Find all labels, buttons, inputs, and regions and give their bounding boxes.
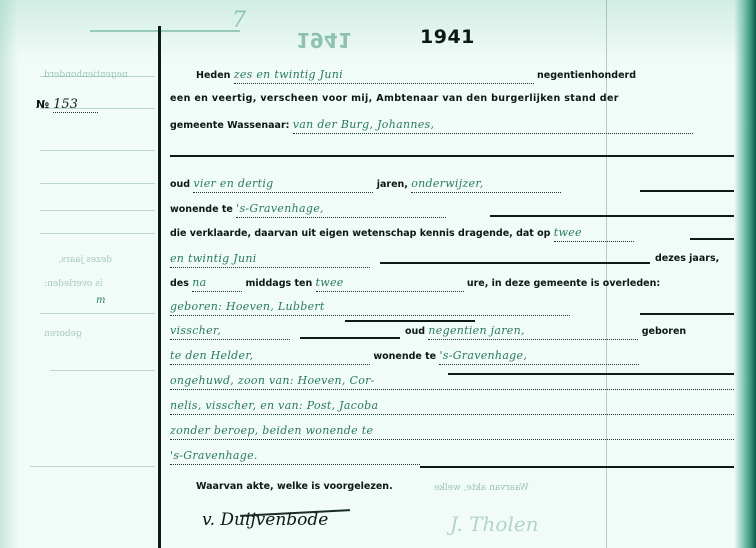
fill-rule	[380, 262, 650, 264]
number-value: 153	[53, 97, 98, 113]
handwritten-text: ongehuwd, zoon van: Hoeven, Cor-	[170, 373, 734, 390]
printed-text: des	[170, 278, 189, 289]
printed-text: geboren	[642, 326, 686, 337]
printed-text: wonende te	[170, 204, 233, 215]
text-line: ongehuwd, zoon van: Hoeven, Cor-	[170, 373, 734, 389]
handwritten-text: geboren: Hoeven, Lubbert	[170, 299, 570, 316]
ghost-line	[50, 370, 155, 371]
printed-text: negentienhonderd	[537, 70, 636, 81]
text-line: nelis, visscher, en van: Post, Jacoba	[170, 398, 734, 414]
printed-text: jaren,	[377, 179, 408, 190]
printed-text: middags ten	[246, 278, 313, 289]
text-line: dezes jaars,	[655, 251, 719, 267]
fill-rule	[420, 466, 734, 468]
printed-text: Heden	[196, 70, 230, 81]
text-line: die verklaarde, daarvan uit eigen wetens…	[170, 225, 634, 241]
fill-rule	[490, 215, 734, 217]
text-line: 's-Gravenhage.	[170, 448, 420, 464]
handwritten-text: 's-Gravenhage.	[170, 448, 420, 465]
ghost-line	[40, 150, 155, 151]
handwritten-text: zonder beroep, beiden wonende te	[170, 423, 734, 440]
number-prefix: №	[36, 98, 49, 111]
handwritten-text: te den Helder,	[170, 348, 370, 365]
text-line: zonder beroep, beiden wonende te	[170, 423, 734, 439]
official-signature: v. Duijvenbode	[202, 510, 328, 530]
text-line: een en veertig, verscheen voor mij, Ambt…	[170, 91, 619, 107]
margin-rule	[158, 26, 161, 548]
printed-text: een en veertig, verscheen voor mij, Ambt…	[170, 93, 619, 104]
printed-text: gemeente Wassenaar:	[170, 120, 289, 131]
handwritten-text: 's-Gravenhage,	[236, 201, 446, 218]
printed-text: oud	[170, 179, 190, 190]
ghost-line	[40, 313, 155, 314]
handwritten-text: en twintig Juni	[170, 251, 370, 268]
ghost-line	[40, 233, 155, 234]
text-line: des na middags ten twee ure, in deze gem…	[170, 275, 660, 291]
ghost-text: is overleden:	[44, 279, 103, 289]
handwritten-text: twee	[316, 275, 464, 292]
closing-text: Waarvan akte, welke is voorgelezen.	[196, 481, 393, 492]
certificate-page: 7 1941 negentienhonderd dezes jaars, is …	[0, 0, 756, 548]
handwritten-text: van der Burg, Johannes,	[293, 117, 693, 134]
handwritten-text: twee	[554, 225, 634, 242]
ghost-year: 1941	[296, 28, 352, 52]
ghost-signature: J. Tholen	[450, 512, 539, 536]
certificate-number: № 153	[36, 97, 98, 112]
handwritten-text: nelis, visscher, en van: Post, Jacoba	[170, 398, 734, 415]
document-year: 1941	[420, 26, 475, 48]
handwritten-text: 's-Gravenhage,	[439, 348, 639, 365]
handwritten-text: na	[192, 275, 242, 292]
handwritten-text: visscher,	[170, 323, 290, 340]
text-line: gemeente Wassenaar: van der Burg, Johann…	[170, 117, 693, 133]
ghost-line	[40, 210, 155, 211]
fill-rule	[640, 190, 734, 192]
printed-text: dezes jaars,	[655, 253, 719, 264]
printed-text: die verklaarde, daarvan uit eigen wetens…	[170, 228, 550, 239]
printed-text: oud	[405, 326, 425, 337]
handwritten-text: vier en dertig	[193, 176, 373, 193]
margin-note: m	[96, 295, 105, 306]
ghost-text: negentienhonderd	[44, 70, 128, 80]
handwritten-text: onderwijzer,	[411, 176, 561, 193]
ghost-text: geboren	[44, 329, 82, 339]
text-line: oud negentien jaren, geboren	[405, 323, 686, 339]
underline-rule	[345, 320, 475, 322]
text-line: visscher,	[170, 323, 290, 339]
printed-text: wonende te	[373, 351, 436, 362]
page-edge-shadow	[734, 0, 756, 548]
fill-rule	[170, 155, 734, 157]
printed-text: ure, in deze gemeente is overleden:	[467, 278, 660, 289]
ghost-line	[30, 466, 155, 467]
handwritten-text: negentien jaren,	[428, 323, 638, 340]
text-line: geboren: Hoeven, Lubbert	[170, 299, 570, 315]
fill-rule	[300, 337, 400, 339]
text-line: Heden zes en twintig Juni negentienhonde…	[196, 67, 636, 83]
ghost-text: dezes jaars,	[58, 255, 112, 265]
handwritten-text: zes en twintig Juni	[234, 67, 534, 84]
text-line: oud vier en dertig jaren, onderwijzer,	[170, 176, 561, 192]
fill-rule	[640, 313, 734, 315]
ghost-line	[40, 183, 155, 184]
fill-rule	[690, 238, 734, 240]
text-line: wonende te 's-Gravenhage,	[170, 201, 446, 217]
text-line: en twintig Juni	[170, 251, 370, 267]
ghost-text: Waarvan akte, welke	[434, 483, 529, 493]
text-line: te den Helder, wonende te 's-Gravenhage,	[170, 348, 639, 364]
ghost-stroke	[90, 30, 240, 32]
